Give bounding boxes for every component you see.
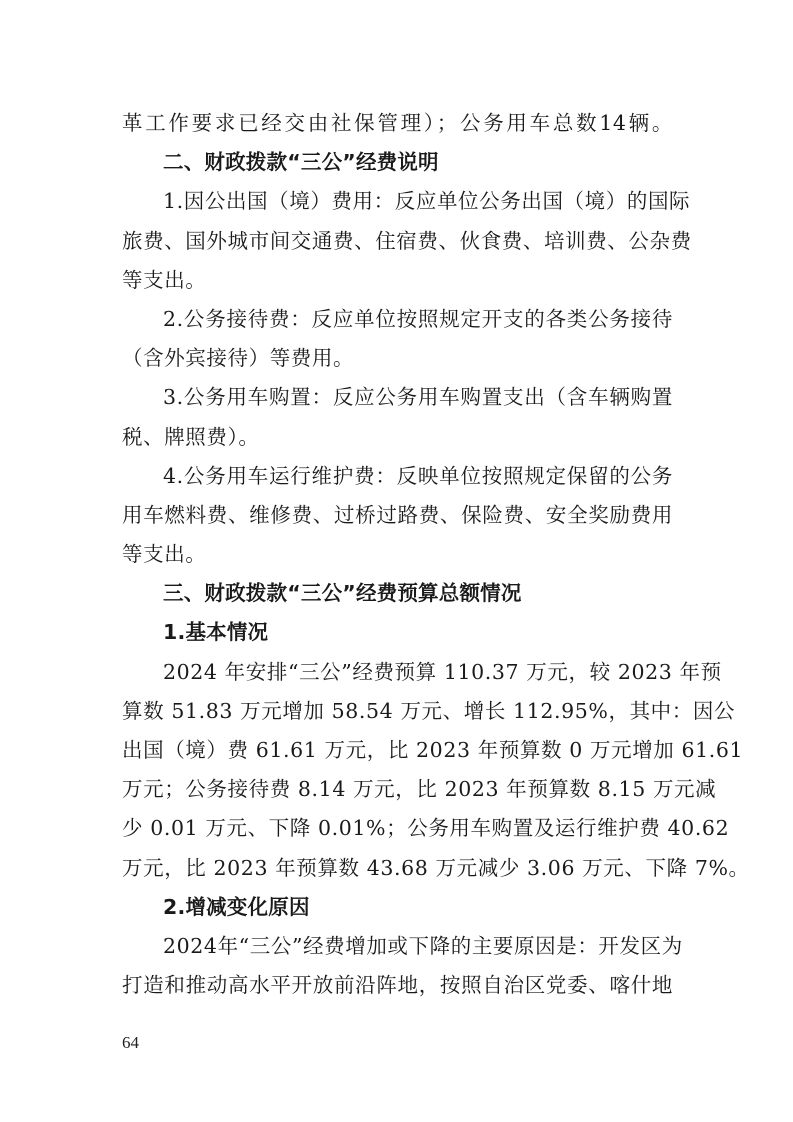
text-line-20: 万元，比 2023 年预算数 43.68 万元减少 3.06 万元、下降 7%。 xyxy=(122,849,673,888)
line-text: 出国（境）费 61.61 万元，比 2023 年预算数 0 万元增加 61.61 xyxy=(122,738,743,762)
line-text: 税、牌照费）。 xyxy=(122,425,259,449)
line-text: 等支出。 xyxy=(122,542,206,566)
subsection-heading-reasons: 2.增减变化原因 xyxy=(122,888,673,927)
text-line-6: 2.公务接待费：反应单位按照规定开支的各类公务接待 xyxy=(122,300,673,339)
subsection-heading-basic: 1.基本情况 xyxy=(122,613,673,652)
page-number: 64 xyxy=(122,1033,139,1053)
text-line-5: 等支出。 xyxy=(122,261,673,300)
heading-text: 二、财政拨款“三公”经费说明 xyxy=(163,150,439,174)
text-line-9: 税、牌照费）。 xyxy=(122,418,673,457)
line-text: 3.公务用车购置：反应公务用车购置支出（含车辆购置 xyxy=(163,385,673,409)
text-line-17: 出国（境）费 61.61 万元，比 2023 年预算数 0 万元增加 61.61 xyxy=(122,731,673,770)
text-line-18: 万元；公务接待费 8.14 万元，比 2023 年预算数 8.15 万元减 xyxy=(122,770,673,809)
text-line-23: 打造和推动高水平开放前沿阵地，按照自治区党委、喀什地 xyxy=(122,966,673,1005)
text-line-10: 4.公务用车运行维护费：反映单位按照规定保留的公务 xyxy=(122,457,673,496)
line-text: 2024 年安排“三公”经费预算 110.37 万元，较 2023 年预 xyxy=(163,660,722,684)
line-text: 2024年“三公”经费增加或下降的主要原因是：开发区为 xyxy=(163,934,683,958)
section-heading-2: 二、财政拨款“三公”经费说明 xyxy=(122,143,673,182)
text-line-3: 1.因公出国（境）费用：反应单位公务出国（境）的国际 xyxy=(122,182,673,221)
text-line-15: 2024 年安排“三公”经费预算 110.37 万元，较 2023 年预 xyxy=(122,653,673,692)
text-line-22: 2024年“三公”经费增加或下降的主要原因是：开发区为 xyxy=(122,927,673,966)
line-text: 革工作要求已经交由社保管理）；公务用车总数14辆。 xyxy=(122,111,673,135)
line-text: 少 0.01 万元、下降 0.01%；公务用车购置及运行维护费 40.62 xyxy=(122,816,729,840)
line-text: 等支出。 xyxy=(122,268,206,292)
line-text: 算数 51.83 万元增加 58.54 万元、增长 112.95%，其中：因公 xyxy=(122,699,735,723)
line-text: 4.公务用车运行维护费：反映单位按照规定保留的公务 xyxy=(163,464,673,488)
line-text: （含外宾接待）等费用。 xyxy=(122,346,354,370)
text-line-16: 算数 51.83 万元增加 58.54 万元、增长 112.95%，其中：因公 xyxy=(122,692,673,731)
line-text: 万元，比 2023 年预算数 43.68 万元减少 3.06 万元、下降 7%。 xyxy=(122,856,750,880)
text-line-19: 少 0.01 万元、下降 0.01%；公务用车购置及运行维护费 40.62 xyxy=(122,809,673,848)
line-text: 旅费、国外城市间交通费、住宿费、伙食费、培训费、公杂费 xyxy=(122,229,692,253)
heading-text: 三、财政拨款“三公”经费预算总额情况 xyxy=(163,581,522,605)
heading-text: 1.基本情况 xyxy=(163,620,268,644)
heading-text: 2.增减变化原因 xyxy=(163,895,310,919)
line-text: 2.公务接待费：反应单位按照规定开支的各类公务接待 xyxy=(163,307,673,331)
text-line-12: 等支出。 xyxy=(122,535,673,574)
line-text: 1.因公出国（境）费用：反应单位公务出国（境）的国际 xyxy=(163,189,690,213)
text-line-11: 用车燃料费、维修费、过桥过路费、保险费、安全奖励费用 xyxy=(122,496,673,535)
line-text: 万元；公务接待费 8.14 万元，比 2023 年预算数 8.15 万元减 xyxy=(122,777,716,801)
text-line-7: （含外宾接待）等费用。 xyxy=(122,339,673,378)
line-text: 用车燃料费、维修费、过桥过路费、保险费、安全奖励费用 xyxy=(122,503,673,527)
text-line-8: 3.公务用车购置：反应公务用车购置支出（含车辆购置 xyxy=(122,378,673,417)
text-line-1: 革工作要求已经交由社保管理）；公务用车总数14辆。 xyxy=(122,104,673,143)
section-heading-3: 三、财政拨款“三公”经费预算总额情况 xyxy=(122,574,673,613)
text-line-4: 旅费、国外城市间交通费、住宿费、伙食费、培训费、公杂费 xyxy=(122,222,673,261)
document-page: 革工作要求已经交由社保管理）；公务用车总数14辆。 二、财政拨款“三公”经费说明… xyxy=(122,104,673,1005)
line-text: 打造和推动高水平开放前沿阵地，按照自治区党委、喀什地 xyxy=(122,973,673,997)
